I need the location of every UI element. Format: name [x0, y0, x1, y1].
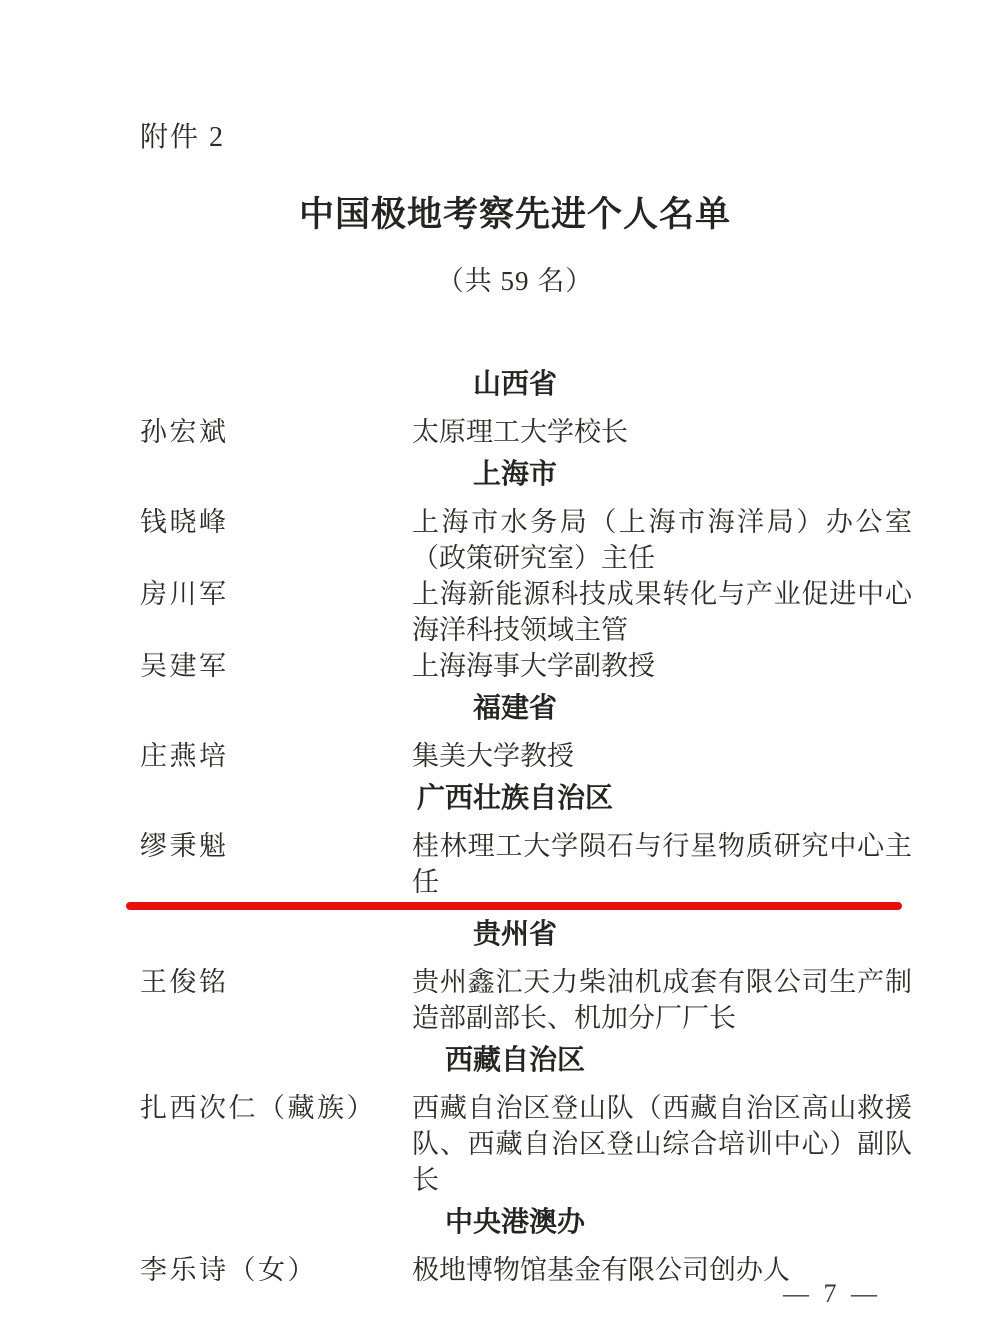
- section-heading-tibet: 西藏自治区: [140, 1044, 890, 1076]
- section-heading-shanghai: 上海市: [140, 458, 890, 490]
- person-row: 房川军 上海新能源科技成果转化与产业促进中心海洋科技领域主管: [140, 576, 924, 648]
- person-row: 钱晓峰 上海市水务局（上海市海洋局）办公室（政策研究室）主任: [140, 504, 924, 576]
- section-central-hkmo-office: 中央港澳办 李乐诗（女） 极地博物馆基金有限公司创办人: [140, 1206, 924, 1288]
- page-title: 中国极地考察先进个人名单: [140, 192, 890, 238]
- section-heading-fujian: 福建省: [140, 692, 890, 724]
- person-name: 钱晓峰: [140, 504, 412, 540]
- person-name: 王俊铭: [140, 964, 412, 1000]
- person-title: 上海新能源科技成果转化与产业促进中心海洋科技领域主管: [412, 576, 912, 648]
- person-title: 西藏自治区登山队（西藏自治区高山救援队、西藏自治区登山综合培训中心）副队长: [412, 1090, 912, 1198]
- section-heading-guangxi: 广西壮族自治区: [140, 782, 890, 814]
- document-page: 附件 2 中国极地考察先进个人名单 （共 59 名） 山西省 孙宏斌 太原理工大…: [0, 0, 1003, 1339]
- person-title: 贵州鑫汇天力柴油机成套有限公司生产制造部副部长、机加分厂厂长: [412, 964, 912, 1036]
- section-heading-shanxi: 山西省: [140, 368, 890, 400]
- person-title: 桂林理工大学陨石与行星物质研究中心主任: [412, 828, 912, 900]
- section-heading-guizhou: 贵州省: [140, 918, 890, 950]
- person-row: 庄燕培 集美大学教授: [140, 738, 924, 774]
- person-row: 吴建军 上海海事大学副教授: [140, 648, 924, 684]
- person-row: 孙宏斌 太原理工大学校长: [140, 414, 924, 450]
- person-title: 上海海事大学副教授: [412, 648, 912, 684]
- person-name: 缪秉魁: [140, 828, 412, 864]
- person-name: 庄燕培: [140, 738, 412, 774]
- attachment-label: 附件 2: [140, 120, 924, 156]
- subtitle-count: （共 59 名）: [140, 264, 890, 298]
- section-tibet: 西藏自治区 扎西次仁（藏族） 西藏自治区登山队（西藏自治区高山救援队、西藏自治区…: [140, 1044, 924, 1198]
- person-row: 扎西次仁（藏族） 西藏自治区登山队（西藏自治区高山救援队、西藏自治区登山综合培训…: [140, 1090, 924, 1198]
- section-heading-central-hkmo-office: 中央港澳办: [140, 1206, 890, 1238]
- page-number: — 7 —: [783, 1279, 881, 1309]
- section-shanghai: 上海市 钱晓峰 上海市水务局（上海市海洋局）办公室（政策研究室）主任 房川军 上…: [140, 458, 924, 684]
- section-fujian: 福建省 庄燕培 集美大学教授: [140, 692, 924, 774]
- section-guizhou: 贵州省 王俊铭 贵州鑫汇天力柴油机成套有限公司生产制造部副部长、机加分厂厂长: [140, 918, 924, 1036]
- person-name: 扎西次仁（藏族）: [140, 1090, 412, 1126]
- section-shanxi: 山西省 孙宏斌 太原理工大学校长: [140, 368, 924, 450]
- person-title: 太原理工大学校长: [412, 414, 912, 450]
- person-name: 孙宏斌: [140, 414, 412, 450]
- person-title: 集美大学教授: [412, 738, 912, 774]
- person-name: 吴建军: [140, 648, 412, 684]
- person-title: 上海市水务局（上海市海洋局）办公室（政策研究室）主任: [412, 504, 912, 576]
- name-list: 山西省 孙宏斌 太原理工大学校长 上海市 钱晓峰 上海市水务局（上海市海洋局）办…: [140, 368, 924, 1288]
- red-underline-annotation: [126, 902, 902, 910]
- person-row: 王俊铭 贵州鑫汇天力柴油机成套有限公司生产制造部副部长、机加分厂厂长: [140, 964, 924, 1036]
- person-name: 李乐诗（女）: [140, 1252, 412, 1288]
- person-row: 缪秉魁 桂林理工大学陨石与行星物质研究中心主任: [140, 828, 924, 900]
- person-name: 房川军: [140, 576, 412, 612]
- section-guangxi: 广西壮族自治区 缪秉魁 桂林理工大学陨石与行星物质研究中心主任: [140, 782, 924, 900]
